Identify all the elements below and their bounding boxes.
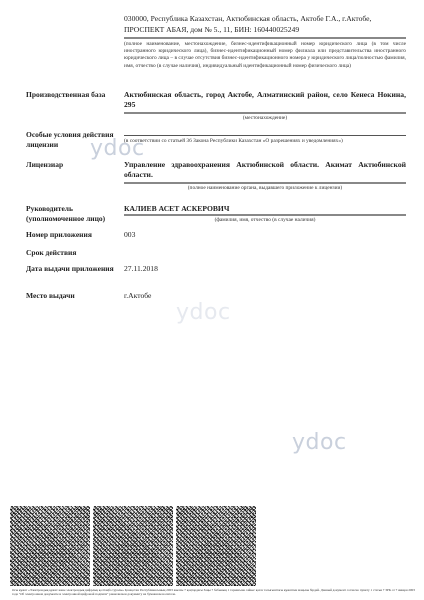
licensor-caption: (полное наименование органа, выдавшего п… [124, 185, 406, 192]
appendix-number-label: Номер приложения [26, 230, 126, 240]
issue-date-value: 27.11.2018 [124, 264, 406, 274]
watermark: ydoc [90, 136, 145, 161]
validity-label: Срок действия [26, 248, 126, 258]
legal-disclaimer: Осы құжат «Электрондық құжат және электр… [12, 588, 416, 597]
head-value: КАЛИЕВ АСЕТ АСКЕРОВИЧ [124, 204, 406, 214]
head-caption: (фамилия, имя, отчество (в случае наличи… [124, 217, 406, 224]
divider [124, 182, 406, 184]
qr-code-2 [93, 506, 173, 586]
production-base-value: Актюбинская область, город Актобе, Алмат… [124, 90, 406, 110]
watermark: ydoc [292, 430, 347, 455]
divider [124, 37, 406, 39]
divider [124, 112, 406, 114]
production-base-label: Производственная база [26, 90, 126, 100]
divider [124, 135, 406, 136]
qr-code-1 [10, 506, 90, 586]
divider [124, 214, 406, 216]
special-conditions-caption: (в соответствии со статьей 36 Закона Рес… [124, 138, 406, 145]
production-base-caption: (местонахождение) [124, 115, 406, 122]
issue-place-value: г.Актобе [124, 291, 406, 301]
appendix-number-value: 003 [124, 230, 406, 240]
licensee-caption: (полное наименование, местонахождение, б… [124, 41, 406, 70]
issue-place-label: Место выдачи [26, 291, 126, 301]
licensor-label: Лицензиар [26, 160, 126, 170]
licensee-address: 030000, Республика Казахстан, Актюбинска… [124, 14, 406, 35]
issue-date-label: Дата выдачи приложения [26, 264, 126, 274]
watermark: ydoc [176, 300, 231, 325]
head-label: Руководитель (уполномоченное лицо) [26, 204, 126, 224]
licensor-value: Управление здравоохранения Актюбинской о… [124, 160, 406, 180]
qr-code-3 [176, 506, 256, 586]
